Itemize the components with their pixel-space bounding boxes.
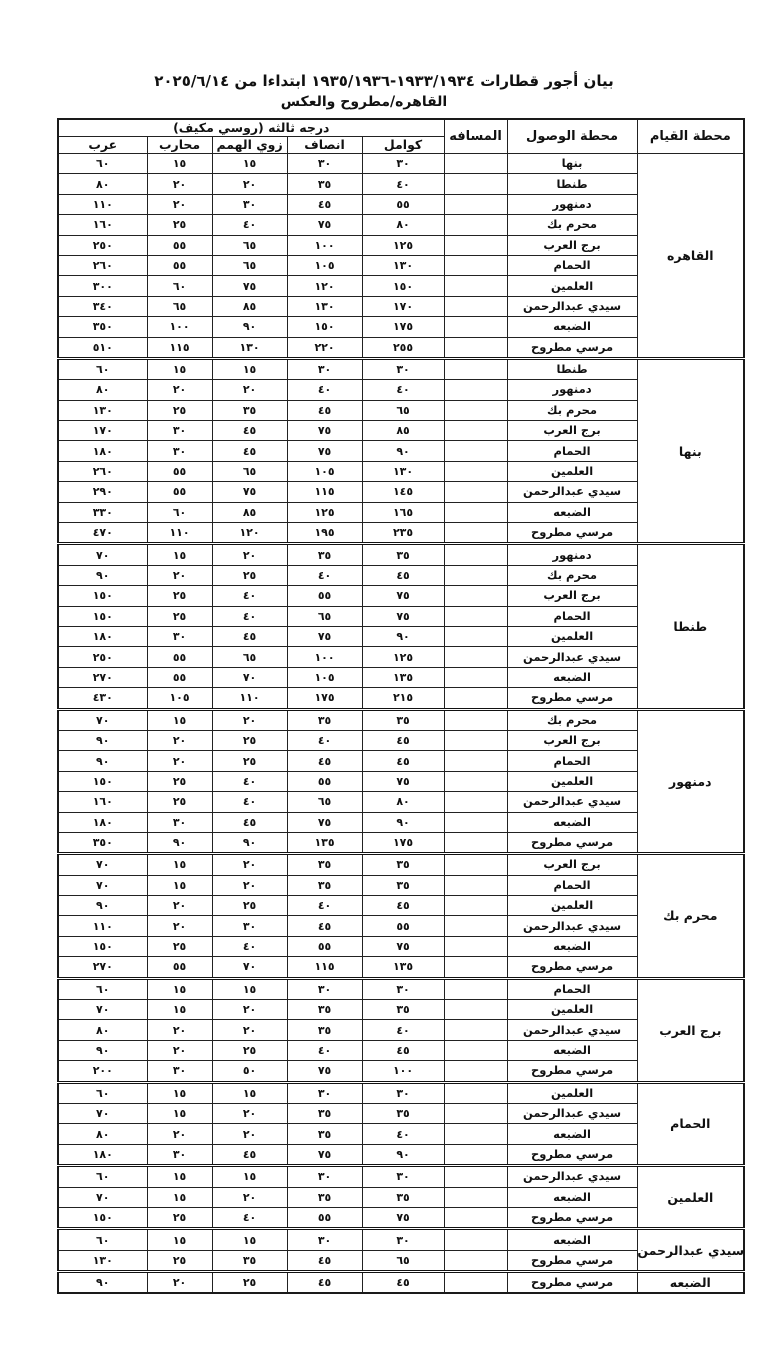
vehicles-fare-cell: ١٧٠ — [58, 421, 147, 441]
disabled-fare-cell: ٧٥ — [212, 482, 287, 502]
disabled-fare-cell: ١٢٠ — [212, 523, 287, 544]
disabled-fare-cell: ٣٥ — [212, 1250, 287, 1271]
veterans-fare-cell: ٥٥ — [147, 461, 212, 481]
veterans-fare-cell: ١٥ — [147, 709, 212, 730]
arrival-station: الحمام — [507, 606, 637, 626]
arrival-station: مرسي مطروح — [507, 688, 637, 709]
distance-cell — [444, 215, 507, 235]
disabled-fare-cell: ٢٥ — [212, 751, 287, 771]
distance-cell — [444, 1000, 507, 1020]
departure-station: محرم بك — [637, 854, 744, 978]
disabled-fare-cell: ٢٥ — [212, 896, 287, 916]
vehicles-fare-cell: ١٨٠ — [58, 812, 147, 832]
vehicles-fare-cell: ٧٠ — [58, 544, 147, 565]
disabled-fare-cell: ٢٠ — [212, 709, 287, 730]
veterans-fare-cell: ٢٥ — [147, 586, 212, 606]
vehicles-fare-cell: ٣٥٠ — [58, 832, 147, 853]
disabled-fare-cell: ١٥ — [212, 1166, 287, 1187]
vehicles-fare-cell: ٩٠ — [58, 1040, 147, 1060]
disabled-fare-cell: ٢٠ — [212, 544, 287, 565]
vehicles-fare-cell: ١٥٠ — [58, 606, 147, 626]
arrival-station: بنها — [507, 154, 637, 174]
distance-cell — [444, 1144, 507, 1165]
vehicles-fare-cell: ٦٠ — [58, 358, 147, 379]
arrival-station: الضبعه — [507, 667, 637, 687]
departure-station: برج العرب — [637, 978, 744, 1082]
vehicles-fare-cell: ١٥٠ — [58, 771, 147, 791]
veterans-fare-cell: ١٥ — [147, 358, 212, 379]
disabled-fare-cell: ٢٥ — [212, 1040, 287, 1060]
full-fare-cell: ٦٥ — [362, 400, 444, 420]
vehicles-fare-cell: ٨٠ — [58, 380, 147, 400]
arrival-station: الضبعه — [507, 1229, 637, 1250]
disabled-fare-cell: ٤٠ — [212, 771, 287, 791]
full-fare-cell: ٣٥ — [362, 854, 444, 875]
departure-station: الحمام — [637, 1082, 744, 1166]
disabled-fare-cell: ٤٠ — [212, 606, 287, 626]
header-half-fare: انصاف — [287, 137, 362, 154]
distance-cell — [444, 380, 507, 400]
veterans-fare-cell: ١٥ — [147, 1187, 212, 1207]
half-fare-cell: ٣٥ — [287, 1103, 362, 1123]
full-fare-cell: ٣٠ — [362, 358, 444, 379]
arrival-station: مرسي مطروح — [507, 1207, 637, 1228]
vehicles-fare-cell: ٨٠ — [58, 174, 147, 194]
veterans-fare-cell: ٢٥ — [147, 1207, 212, 1228]
full-fare-cell: ٢١٥ — [362, 688, 444, 709]
distance-cell — [444, 978, 507, 999]
half-fare-cell: ٣٥ — [287, 854, 362, 875]
vehicles-fare-cell: ٩٠ — [58, 565, 147, 585]
disabled-fare-cell: ٤٠ — [212, 215, 287, 235]
full-fare-cell: ٢٥٥ — [362, 337, 444, 358]
half-fare-cell: ١٠٠ — [287, 647, 362, 667]
half-fare-cell: ٧٥ — [287, 215, 362, 235]
half-fare-cell: ١١٥ — [287, 482, 362, 502]
distance-cell — [444, 337, 507, 358]
vehicles-fare-cell: ١١٠ — [58, 916, 147, 936]
half-fare-cell: ٥٥ — [287, 586, 362, 606]
distance-cell — [444, 709, 507, 730]
arrival-station: مرسي مطروح — [507, 1272, 637, 1294]
arrival-station: الضبعه — [507, 812, 637, 832]
half-fare-cell: ١٢٥ — [287, 502, 362, 522]
disabled-fare-cell: ٤٥ — [212, 421, 287, 441]
veterans-fare-cell: ١٥ — [147, 1000, 212, 1020]
full-fare-cell: ١٥٠ — [362, 276, 444, 296]
vehicles-fare-cell: ٢٥٠ — [58, 647, 147, 667]
vehicles-fare-cell: ٩٠ — [58, 896, 147, 916]
vehicles-fare-cell: ١٣٠ — [58, 1250, 147, 1271]
vehicles-fare-cell: ٥١٠ — [58, 337, 147, 358]
arrival-station: الحمام — [507, 875, 637, 895]
disabled-fare-cell: ٢٠ — [212, 1103, 287, 1123]
full-fare-cell: ٤٥ — [362, 1272, 444, 1294]
arrival-station: الضبعه — [507, 317, 637, 337]
arrival-station: برج العرب — [507, 586, 637, 606]
departure-station: الضبعه — [637, 1272, 744, 1294]
distance-cell — [444, 1061, 507, 1082]
arrival-station: مرسي مطروح — [507, 1250, 637, 1271]
distance-cell — [444, 832, 507, 853]
full-fare-cell: ١٣٥ — [362, 667, 444, 687]
arrival-station: العلمين — [507, 896, 637, 916]
veterans-fare-cell: ٥٥ — [147, 482, 212, 502]
veterans-fare-cell: ٢٥ — [147, 936, 212, 956]
full-fare-cell: ٥٥ — [362, 194, 444, 214]
arrival-station: العلمين — [507, 626, 637, 646]
vehicles-fare-cell: ٦٠ — [58, 1229, 147, 1250]
veterans-fare-cell: ١٥ — [147, 978, 212, 999]
arrival-station: سيدي عبدالرحمن — [507, 916, 637, 936]
half-fare-cell: ١٧٥ — [287, 688, 362, 709]
vehicles-fare-cell: ١١٠ — [58, 194, 147, 214]
half-fare-cell: ٣٥ — [287, 1124, 362, 1144]
table-row: الضبعهمرسي مطروح٤٥٤٥٢٥٢٠٩٠ — [58, 1272, 744, 1294]
table-row: العلمينسيدي عبدالرحمن٣٠٣٠١٥١٥٦٠ — [58, 1166, 744, 1187]
half-fare-cell: ٧٥ — [287, 812, 362, 832]
arrival-station: العلمين — [507, 461, 637, 481]
disabled-fare-cell: ٢٠ — [212, 174, 287, 194]
veterans-fare-cell: ١٥ — [147, 154, 212, 174]
vehicles-fare-cell: ٨٠ — [58, 1020, 147, 1040]
half-fare-cell: ٧٥ — [287, 441, 362, 461]
arrival-station: مرسي مطروح — [507, 523, 637, 544]
arrival-station: برج العرب — [507, 730, 637, 750]
half-fare-cell: ٤٥ — [287, 751, 362, 771]
half-fare-cell: ٣٠ — [287, 1166, 362, 1187]
full-fare-cell: ٣٠ — [362, 978, 444, 999]
distance-cell — [444, 688, 507, 709]
full-fare-cell: ٤٠ — [362, 380, 444, 400]
full-fare-cell: ٨٥ — [362, 421, 444, 441]
half-fare-cell: ١٣٠ — [287, 296, 362, 316]
arrival-station: دمنهور — [507, 380, 637, 400]
half-fare-cell: ٤٥ — [287, 400, 362, 420]
half-fare-cell: ٣٥ — [287, 709, 362, 730]
veterans-fare-cell: ٦٠ — [147, 276, 212, 296]
half-fare-cell: ١٠٥ — [287, 667, 362, 687]
vehicles-fare-cell: ٦٠ — [58, 978, 147, 999]
veterans-fare-cell: ٥٥ — [147, 667, 212, 687]
distance-cell — [444, 296, 507, 316]
vehicles-fare-cell: ٩٠ — [58, 730, 147, 750]
arrival-station: سيدي عبدالرحمن — [507, 1020, 637, 1040]
half-fare-cell: ٤٠ — [287, 565, 362, 585]
full-fare-cell: ١٣٥ — [362, 957, 444, 978]
disabled-fare-cell: ٧٥ — [212, 276, 287, 296]
disabled-fare-cell: ٤٥ — [212, 812, 287, 832]
half-fare-cell: ١٢٠ — [287, 276, 362, 296]
header-class-group: درجه ثالثه (روسي مكيف) — [58, 119, 444, 137]
disabled-fare-cell: ٢٠ — [212, 875, 287, 895]
half-fare-cell: ٣٥ — [287, 1020, 362, 1040]
header-disabled-fare: زوي الهمم — [212, 137, 287, 154]
veterans-fare-cell: ٦٥ — [147, 296, 212, 316]
disabled-fare-cell: ٤٠ — [212, 586, 287, 606]
arrival-station: العلمين — [507, 771, 637, 791]
full-fare-cell: ٣٥ — [362, 1103, 444, 1123]
half-fare-cell: ٥٥ — [287, 771, 362, 791]
vehicles-fare-cell: ٩٠ — [58, 751, 147, 771]
veterans-fare-cell: ٢٠ — [147, 1020, 212, 1040]
disabled-fare-cell: ٤٥ — [212, 441, 287, 461]
vehicles-fare-cell: ٧٠ — [58, 1187, 147, 1207]
veterans-fare-cell: ١٥ — [147, 544, 212, 565]
arrival-station: مرسي مطروح — [507, 1061, 637, 1082]
title-main: بيان أجور قطارات ١٩٣٣/١٩٣٤-١٩٣٥/١٩٣٦ ابت… — [0, 70, 768, 92]
veterans-fare-cell: ٢٠ — [147, 174, 212, 194]
distance-cell — [444, 626, 507, 646]
vehicles-fare-cell: ٧٠ — [58, 854, 147, 875]
header-full-fare: كوامل — [362, 137, 444, 154]
full-fare-cell: ٣٥ — [362, 544, 444, 565]
disabled-fare-cell: ٤٠ — [212, 936, 287, 956]
distance-cell — [444, 875, 507, 895]
distance-cell — [444, 421, 507, 441]
veterans-fare-cell: ٢٠ — [147, 1124, 212, 1144]
distance-cell — [444, 1207, 507, 1228]
distance-cell — [444, 586, 507, 606]
distance-cell — [444, 1020, 507, 1040]
distance-cell — [444, 896, 507, 916]
header-departure: محطة القيام — [637, 119, 744, 154]
veterans-fare-cell: ١١٠ — [147, 523, 212, 544]
veterans-fare-cell: ١٥ — [147, 875, 212, 895]
vehicles-fare-cell: ٣٤٠ — [58, 296, 147, 316]
disabled-fare-cell: ٨٥ — [212, 296, 287, 316]
distance-cell — [444, 276, 507, 296]
full-fare-cell: ٤٥ — [362, 896, 444, 916]
vehicles-fare-cell: ٢٦٠ — [58, 255, 147, 275]
disabled-fare-cell: ٢٠ — [212, 1187, 287, 1207]
veterans-fare-cell: ١١٥ — [147, 337, 212, 358]
full-fare-cell: ٣٠ — [362, 154, 444, 174]
veterans-fare-cell: ١٠٥ — [147, 688, 212, 709]
full-fare-cell: ١٣٠ — [362, 255, 444, 275]
half-fare-cell: ٤٥ — [287, 916, 362, 936]
distance-cell — [444, 358, 507, 379]
half-fare-cell: ١٥٠ — [287, 317, 362, 337]
full-fare-cell: ٤٥ — [362, 751, 444, 771]
full-fare-cell: ٧٥ — [362, 1207, 444, 1228]
full-fare-cell: ١٧٥ — [362, 832, 444, 853]
half-fare-cell: ٥٥ — [287, 1207, 362, 1228]
distance-cell — [444, 1272, 507, 1294]
disabled-fare-cell: ١٥ — [212, 154, 287, 174]
vehicles-fare-cell: ٦٠ — [58, 1082, 147, 1103]
vehicles-fare-cell: ٨٠ — [58, 1124, 147, 1144]
disabled-fare-cell: ٤٥ — [212, 626, 287, 646]
table-row: طنطادمنهور٣٥٣٥٢٠١٥٧٠ — [58, 544, 744, 565]
document-title: بيان أجور قطارات ١٩٣٣/١٩٣٤-١٩٣٥/١٩٣٦ ابت… — [0, 70, 768, 112]
veterans-fare-cell: ٢٥ — [147, 606, 212, 626]
arrival-station: سيدي عبدالرحمن — [507, 296, 637, 316]
table-header: محطة القيام محطة الوصول المسافه درجه ثال… — [58, 119, 744, 154]
full-fare-cell: ٤٠ — [362, 1124, 444, 1144]
vehicles-fare-cell: ٧٠ — [58, 875, 147, 895]
full-fare-cell: ٧٥ — [362, 936, 444, 956]
disabled-fare-cell: ٢٥ — [212, 730, 287, 750]
distance-cell — [444, 255, 507, 275]
distance-cell — [444, 565, 507, 585]
arrival-station: الضبعه — [507, 1124, 637, 1144]
disabled-fare-cell: ٦٥ — [212, 235, 287, 255]
full-fare-cell: ٧٥ — [362, 606, 444, 626]
half-fare-cell: ٤٠ — [287, 896, 362, 916]
veterans-fare-cell: ١٥ — [147, 1103, 212, 1123]
vehicles-fare-cell: ٩٠ — [58, 1272, 147, 1294]
disabled-fare-cell: ٤٠ — [212, 792, 287, 812]
departure-station: العلمين — [637, 1166, 744, 1229]
half-fare-cell: ٤٥ — [287, 1250, 362, 1271]
distance-cell — [444, 1082, 507, 1103]
distance-cell — [444, 854, 507, 875]
veterans-fare-cell: ٥٥ — [147, 235, 212, 255]
distance-cell — [444, 667, 507, 687]
half-fare-cell: ٤٥ — [287, 1272, 362, 1294]
arrival-station: طنطا — [507, 358, 637, 379]
disabled-fare-cell: ١٥ — [212, 358, 287, 379]
disabled-fare-cell: ٥٠ — [212, 1061, 287, 1082]
distance-cell — [444, 936, 507, 956]
distance-cell — [444, 461, 507, 481]
distance-cell — [444, 400, 507, 420]
full-fare-cell: ٩٠ — [362, 812, 444, 832]
arrival-station: الحمام — [507, 978, 637, 999]
vehicles-fare-cell: ٢٥٠ — [58, 235, 147, 255]
veterans-fare-cell: ٢٠ — [147, 896, 212, 916]
table-row: بنهاطنطا٣٠٣٠١٥١٥٦٠ — [58, 358, 744, 379]
arrival-station: مرسي مطروح — [507, 1144, 637, 1165]
distance-cell — [444, 502, 507, 522]
disabled-fare-cell: ٩٠ — [212, 832, 287, 853]
full-fare-cell: ٩٠ — [362, 626, 444, 646]
distance-cell — [444, 1040, 507, 1060]
half-fare-cell: ١٣٥ — [287, 832, 362, 853]
vehicles-fare-cell: ٢٩٠ — [58, 482, 147, 502]
table-row: الحمامالعلمين٣٠٣٠١٥١٥٦٠ — [58, 1082, 744, 1103]
departure-station: سيدي عبدالرحمن — [637, 1229, 744, 1272]
veterans-fare-cell: ٢٥ — [147, 400, 212, 420]
full-fare-cell: ٣٥ — [362, 709, 444, 730]
half-fare-cell: ٣٠ — [287, 1082, 362, 1103]
half-fare-cell: ٣٠ — [287, 1229, 362, 1250]
departure-station: بنها — [637, 358, 744, 544]
vehicles-fare-cell: ٢٦٠ — [58, 461, 147, 481]
half-fare-cell: ٧٥ — [287, 421, 362, 441]
full-fare-cell: ٤٥ — [362, 565, 444, 585]
full-fare-cell: ٩٠ — [362, 1144, 444, 1165]
veterans-fare-cell: ٣٠ — [147, 1144, 212, 1165]
disabled-fare-cell: ١٥ — [212, 1082, 287, 1103]
veterans-fare-cell: ٥٥ — [147, 255, 212, 275]
veterans-fare-cell: ٥٥ — [147, 957, 212, 978]
full-fare-cell: ١٦٥ — [362, 502, 444, 522]
half-fare-cell: ٣٠ — [287, 978, 362, 999]
vehicles-fare-cell: ٣٥٠ — [58, 317, 147, 337]
half-fare-cell: ٣٥ — [287, 1000, 362, 1020]
arrival-station: برج العرب — [507, 854, 637, 875]
departure-station: طنطا — [637, 544, 744, 709]
veterans-fare-cell: ٢٥ — [147, 1250, 212, 1271]
half-fare-cell: ٣٥ — [287, 1187, 362, 1207]
full-fare-cell: ٢٣٥ — [362, 523, 444, 544]
vehicles-fare-cell: ٦٠ — [58, 1166, 147, 1187]
distance-cell — [444, 1103, 507, 1123]
veterans-fare-cell: ٢٠ — [147, 751, 212, 771]
vehicles-fare-cell: ١٥٠ — [58, 936, 147, 956]
arrival-station: مرسي مطروح — [507, 957, 637, 978]
arrival-station: مرسي مطروح — [507, 337, 637, 358]
full-fare-cell: ٣٥ — [362, 875, 444, 895]
arrival-station: العلمين — [507, 1000, 637, 1020]
fares-table: محطة القيام محطة الوصول المسافه درجه ثال… — [57, 118, 745, 1294]
vehicles-fare-cell: ١٨٠ — [58, 441, 147, 461]
distance-cell — [444, 606, 507, 626]
full-fare-cell: ٦٥ — [362, 1250, 444, 1271]
disabled-fare-cell: ٢٥ — [212, 1272, 287, 1294]
distance-cell — [444, 1250, 507, 1271]
arrival-station: محرم بك — [507, 565, 637, 585]
half-fare-cell: ١٠٥ — [287, 461, 362, 481]
veterans-fare-cell: ٢٥ — [147, 215, 212, 235]
vehicles-fare-cell: ٣٣٠ — [58, 502, 147, 522]
arrival-station: طنطا — [507, 174, 637, 194]
full-fare-cell: ٧٥ — [362, 771, 444, 791]
disabled-fare-cell: ١٥ — [212, 1229, 287, 1250]
table-row: محرم بكبرج العرب٣٥٣٥٢٠١٥٧٠ — [58, 854, 744, 875]
vehicles-fare-cell: ٣٠٠ — [58, 276, 147, 296]
veterans-fare-cell: ٢٥ — [147, 771, 212, 791]
distance-cell — [444, 792, 507, 812]
disabled-fare-cell: ٢٠ — [212, 854, 287, 875]
half-fare-cell: ٤٠ — [287, 380, 362, 400]
disabled-fare-cell: ٦٥ — [212, 647, 287, 667]
vehicles-fare-cell: ٢٧٠ — [58, 957, 147, 978]
veterans-fare-cell: ٢٠ — [147, 380, 212, 400]
arrival-station: الحمام — [507, 441, 637, 461]
distance-cell — [444, 441, 507, 461]
full-fare-cell: ٣٠ — [362, 1082, 444, 1103]
disabled-fare-cell: ٣٥ — [212, 400, 287, 420]
header-veterans-fare: محارب — [147, 137, 212, 154]
table-row: برج العربالحمام٣٠٣٠١٥١٥٦٠ — [58, 978, 744, 999]
full-fare-cell: ٧٥ — [362, 586, 444, 606]
arrival-station: سيدي عبدالرحمن — [507, 1103, 637, 1123]
distance-cell — [444, 523, 507, 544]
vehicles-fare-cell: ٢٠٠ — [58, 1061, 147, 1082]
half-fare-cell: ٤٠ — [287, 1040, 362, 1060]
half-fare-cell: ٣٥ — [287, 875, 362, 895]
distance-cell — [444, 174, 507, 194]
half-fare-cell: ٧٥ — [287, 1144, 362, 1165]
full-fare-cell: ٤٠ — [362, 1020, 444, 1040]
half-fare-cell: ٦٥ — [287, 606, 362, 626]
header-vehicles-fare: عرب — [58, 137, 147, 154]
vehicles-fare-cell: ٢٧٠ — [58, 667, 147, 687]
table-row: دمنهورمحرم بك٣٥٣٥٢٠١٥٧٠ — [58, 709, 744, 730]
arrival-station: الضبعه — [507, 1040, 637, 1060]
disabled-fare-cell: ٧٠ — [212, 667, 287, 687]
full-fare-cell: ١٤٥ — [362, 482, 444, 502]
disabled-fare-cell: ٢٠ — [212, 380, 287, 400]
arrival-station: العلمين — [507, 1082, 637, 1103]
full-fare-cell: ٨٠ — [362, 792, 444, 812]
veterans-fare-cell: ٢٠ — [147, 194, 212, 214]
half-fare-cell: ٧٥ — [287, 1061, 362, 1082]
distance-cell — [444, 1124, 507, 1144]
